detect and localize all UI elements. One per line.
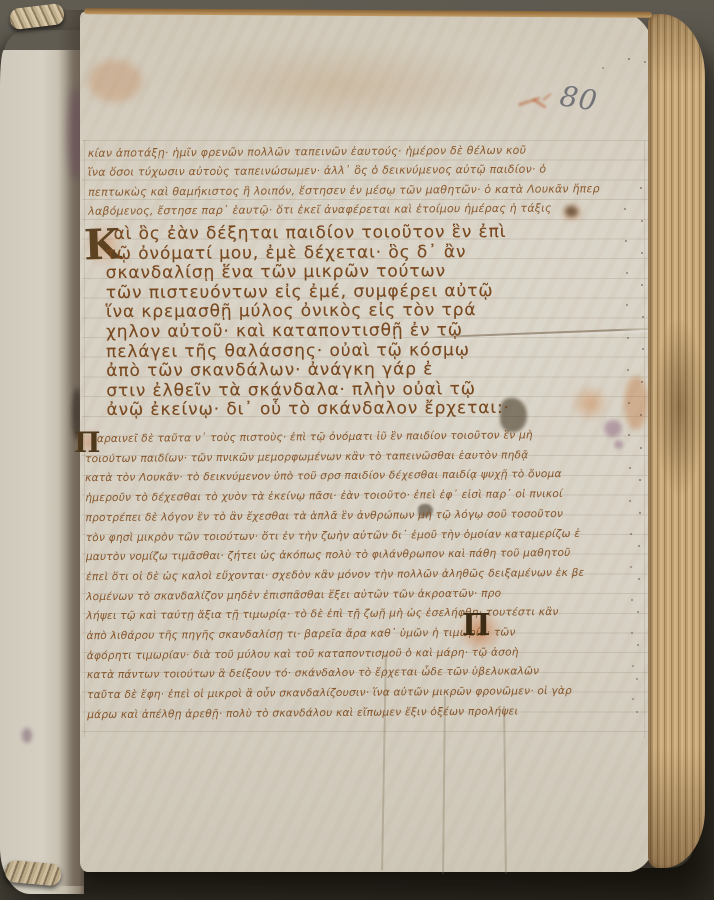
- rust-stain-right-edge: [624, 376, 648, 430]
- text-line: τῷ ὀνόματί μου, ἐμὲ δέχεται· ὃς δ᾽ ἂν: [106, 243, 510, 265]
- gospel-text-block: αὶ ὃς ἐὰν δέξηται παιδίον τοιοῦτον ἓν ἐπ…: [105, 223, 509, 421]
- pricking-holes: [80, 12, 82, 14]
- margin-rule-right: [644, 140, 645, 738]
- manuscript-page: 80 κίαν ἀποτάξῃ· ἡμῖν φρενῶν πολλῶν ταπε…: [80, 12, 655, 872]
- folio-number: 80: [558, 79, 600, 117]
- purple-stain-bottom-left: [22, 728, 32, 743]
- text-line: λαβόμενος, ἔστησε παρ᾽ ἑαυτῷ· ὅτι ἐκεῖ ἀ…: [88, 198, 600, 221]
- text-line: ἀνῷ ἐκείνῳ· δι᾽ οὗ τὸ σκάνδαλον ἔρχεται:…: [106, 399, 510, 421]
- rust-stain-top-left: [88, 60, 142, 102]
- purple-spot-right: [614, 440, 623, 449]
- commentary-block: αραινεῖ δὲ ταῦτα ν᾽ τοὺς πιστοὺς· ἐπὶ τῷ…: [85, 426, 586, 726]
- manuscript-photo: 80 κίαν ἀποτάξῃ· ἡμῖν φρενῶν πολλῶν ταπε…: [0, 0, 714, 900]
- text-line: πελάγει τῆς θαλάσσης· οὐαὶ τῷ κόσμῳ: [106, 341, 510, 363]
- purple-stain-right: [604, 420, 622, 437]
- marginal-initial-pi: Π: [462, 608, 490, 643]
- faded-red-mark: [518, 94, 558, 114]
- fore-edge-pages: [648, 14, 705, 868]
- headband: [9, 3, 65, 30]
- commentary-top-block: κίαν ἀποτάξῃ· ἡμῖν φρενῶν πολλῶν ταπεινῶ…: [88, 140, 600, 221]
